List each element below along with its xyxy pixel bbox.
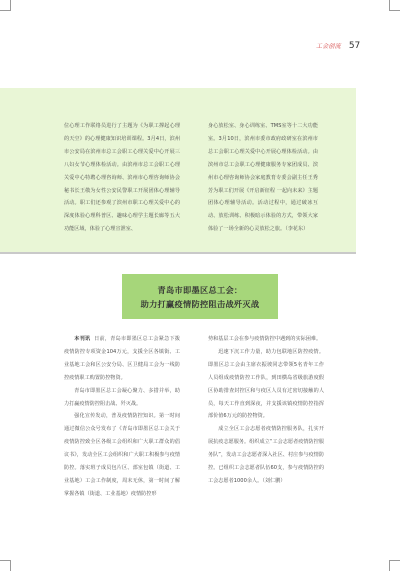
previous-article-box: 位心理工作联络员进行了主题为《为职工撑起心理的天空》的心理健康知识培训课程。3月… [0, 88, 356, 254]
crop-mark-bottom-right [389, 560, 400, 571]
page-number: 57 [349, 41, 360, 51]
article-paragraph: 成立全区工会志愿者疫情防控服务队，扎实开展抗疫志愿服务。组织成立“工会志愿者疫情… [208, 423, 324, 488]
article-title-line-1: 青岛市即墨区总工会： [158, 283, 243, 297]
article-paragraph: 强化宣传发动，普及疫情防控知识。第一时间通过微信公众号发布了《青岛市即墨区总工会… [64, 410, 180, 500]
byline: 本刊讯 [74, 336, 90, 342]
article-title-line-2: 助力打赢疫情防控阻击战歼灭战 [141, 297, 260, 311]
article-paragraph: 迅速下沉工作力量，助力包联地区防控疫情。即墨区总工会由主席衣振坡同志带领5名青年… [208, 346, 324, 423]
crop-mark-bottom-left [0, 560, 11, 571]
article-paragraph: 青岛市即墨区总工会凝心聚力、多措并举，助力打赢疫情防控阻击战、歼灭战。 [64, 385, 180, 411]
article-title-box: 青岛市即墨区总工会： 助力打赢疫情防控阻击战歼灭战 [122, 274, 278, 319]
article-left-column: 本刊讯 日前，青岛市即墨区总工会紧急下拨疫情防控专项资金104万元，支援全区各镇… [64, 333, 180, 501]
previous-article-right-column: 身心放松室、身心训练室、TMS室等十二大功能室。3月10日，滨州市委市政府政研室… [208, 120, 318, 236]
crop-mark-top-right [389, 0, 400, 11]
paragraph-text: 日前，青岛市即墨区总工会紧急下拨疫情防控专项资金104万元，支援全区各镇街、工业… [64, 336, 180, 381]
article-paragraph: 势和基层工会在参与疫情防控中遇到的实际困难。 [208, 333, 324, 346]
article-right-column: 势和基层工会在参与疫情防控中遇到的实际困难。 迅速下沉工作力量，助力包联地区防控… [208, 333, 324, 488]
previous-article-left-column: 位心理工作联络员进行了主题为《为职工撑起心理的天空》的心理健康知识培训课程。3月… [64, 120, 180, 236]
running-head: 工会创流 57 [316, 41, 360, 51]
crop-mark-top-left [0, 0, 11, 11]
section-name: 工会创流 [316, 41, 341, 50]
article-paragraph: 本刊讯 日前，青岛市即墨区总工会紧急下拨疫情防控专项资金104万元，支援全区各镇… [64, 333, 180, 385]
